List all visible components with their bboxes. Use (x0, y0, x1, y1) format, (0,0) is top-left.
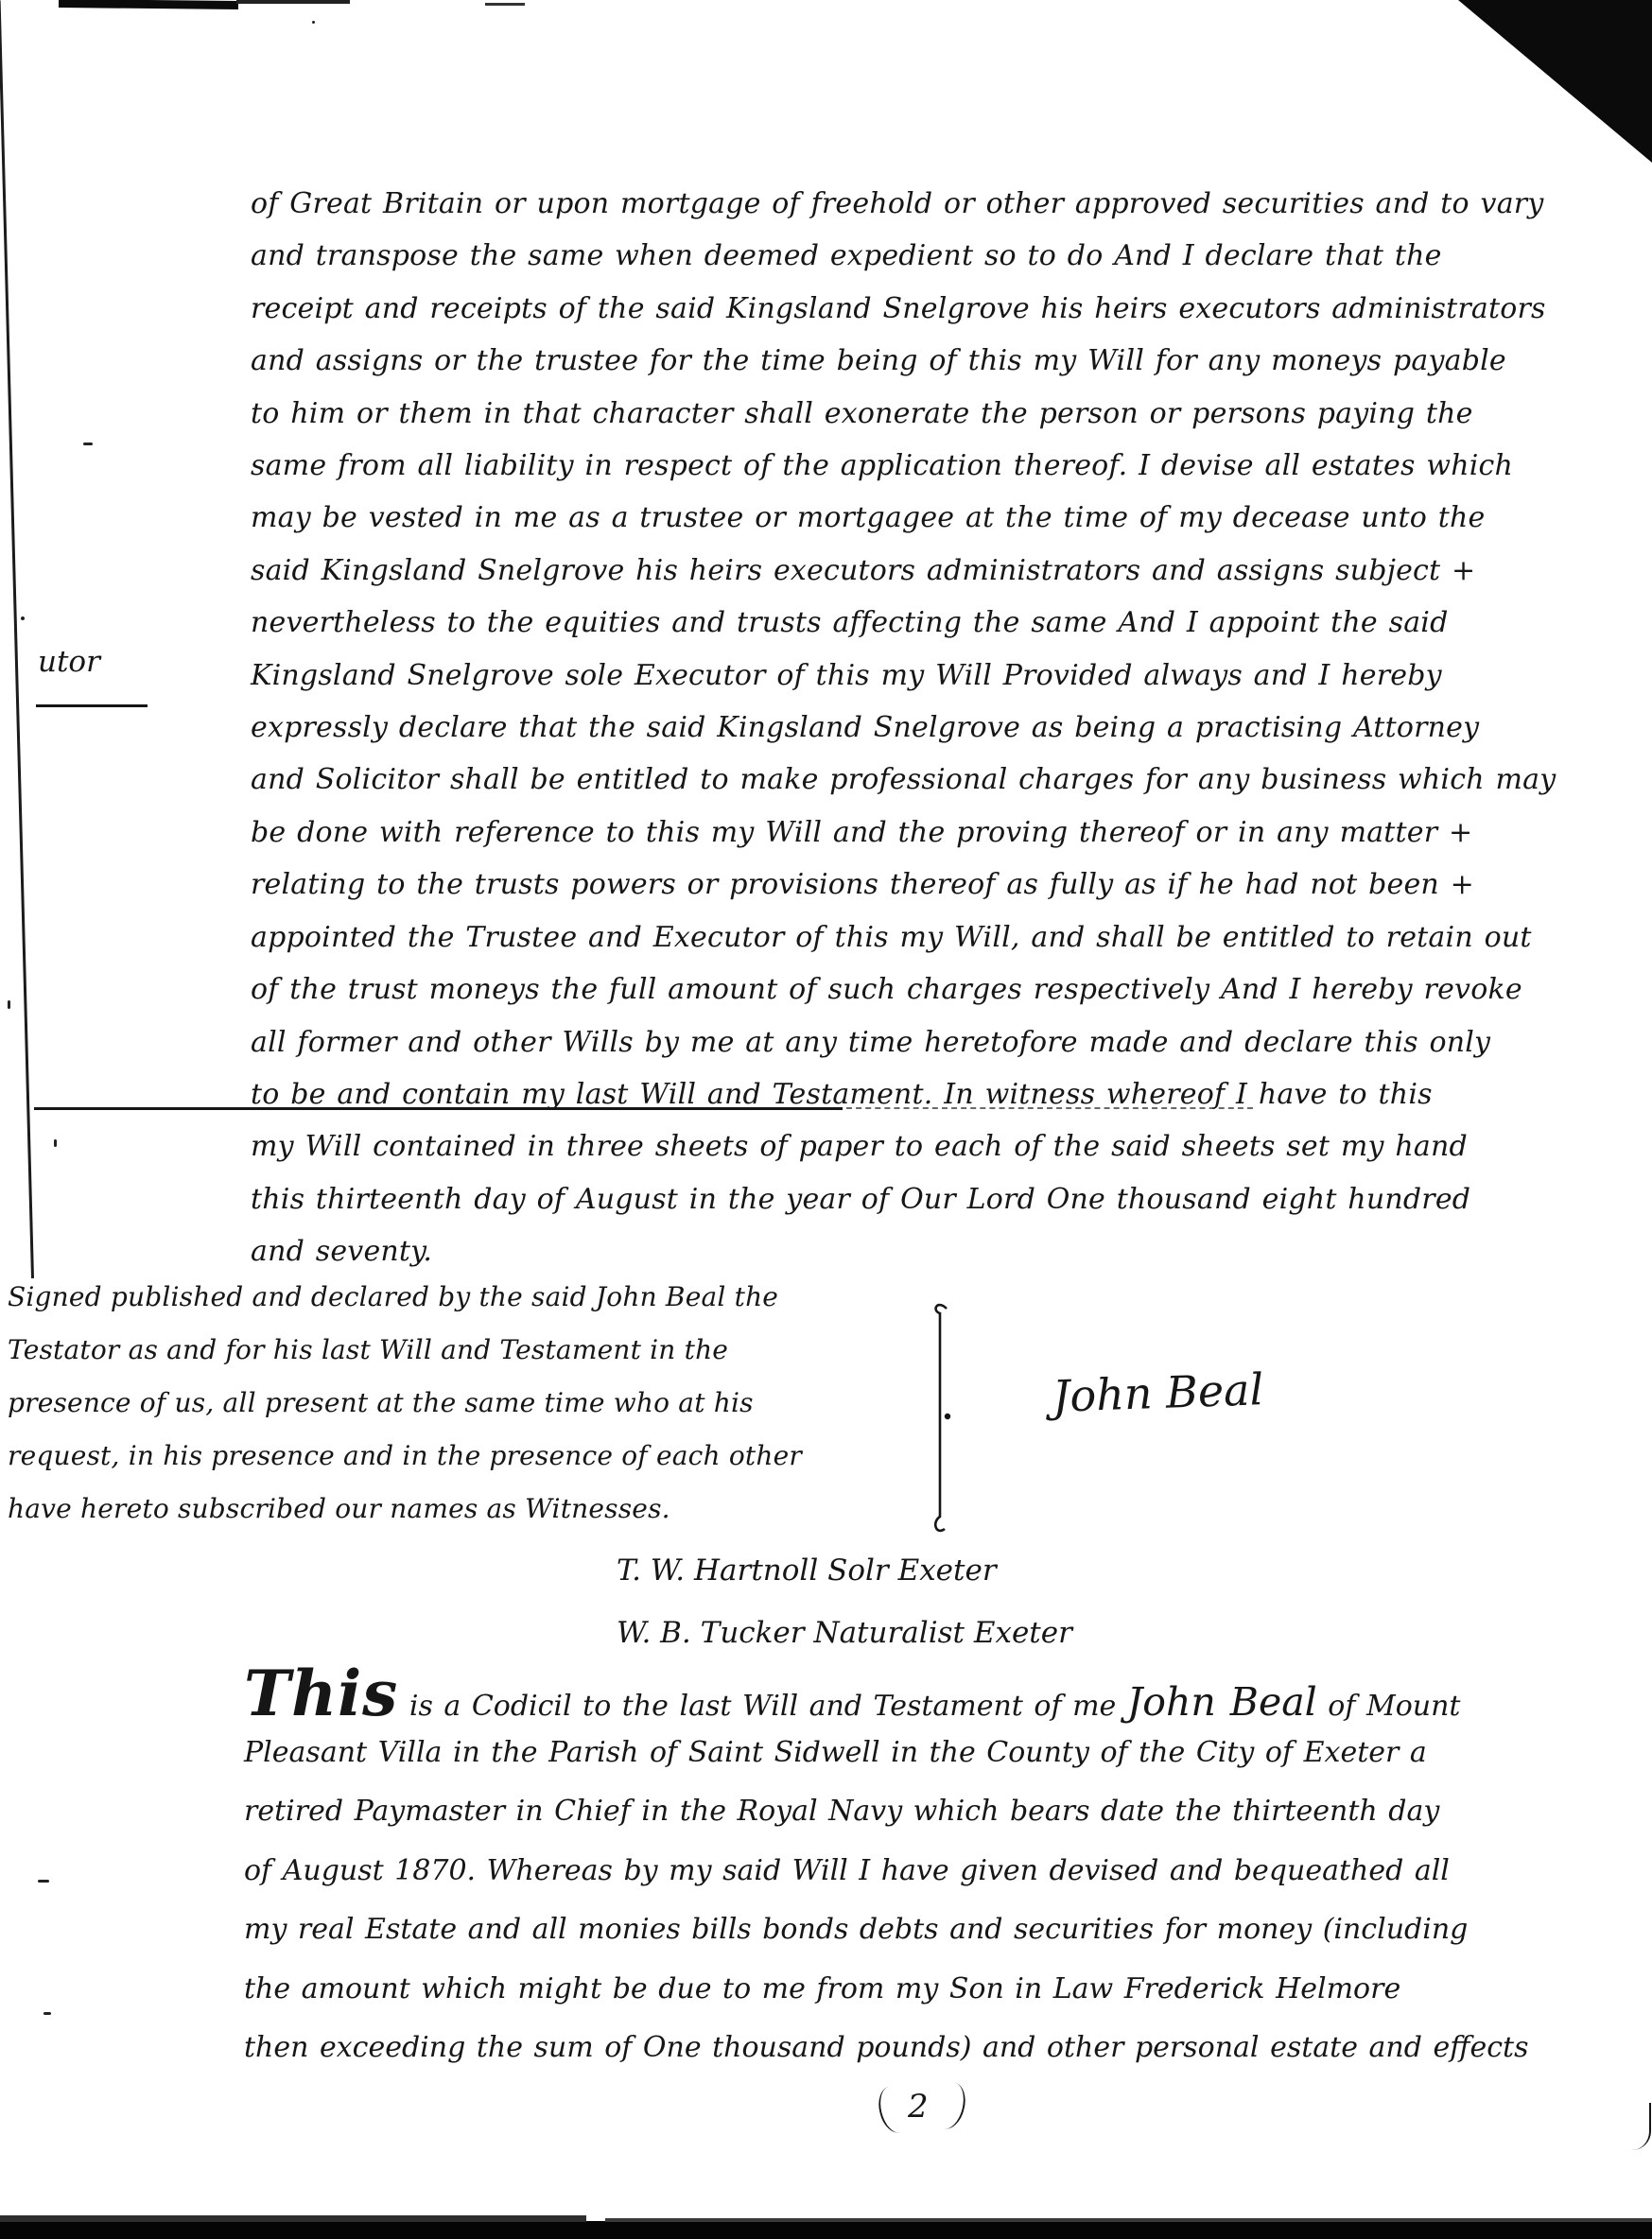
text-line: and transpose the same when deemed exped… (251, 230, 1518, 282)
text-segment: This (244, 1657, 398, 1730)
text-line: of the trust moneys the full amount of s… (251, 963, 1518, 1015)
text-line: said Kingsland Snelgrove his heirs execu… (251, 545, 1518, 597)
text-line: same from all liability in respect of th… (251, 440, 1518, 492)
scan-top-smudge (59, 0, 238, 9)
witness-signatures: T. W. Hartnoll Solr ExeterW. B. Tucker N… (617, 1539, 1072, 1664)
text-line: have hereto subscribed our names as Witn… (8, 1483, 939, 1536)
text-line: all former and other Wills by me at any … (251, 1016, 1518, 1068)
scan-bottom-black-bar (0, 2221, 1652, 2239)
text-line: be done with reference to this my Will a… (251, 807, 1518, 859)
text-segment: is a Codicil to the last Will and Testam… (398, 1690, 1127, 1723)
ink-speck (83, 443, 93, 445)
text-line: this thirteenth day of August in the yea… (251, 1173, 1518, 1225)
margin-note: utor (38, 645, 100, 679)
scan-bottom-black-bar-left (0, 2215, 586, 2222)
scan-top-smudge-2 (236, 0, 350, 4)
ink-speck (21, 616, 25, 620)
text-line: the amount which might be due to me from… (244, 1960, 1568, 2020)
attestation-bracket (929, 1301, 953, 1537)
text-line: Testator as and for his last Will and Te… (8, 1324, 939, 1377)
text-line: request, in his presence and in the pres… (8, 1430, 939, 1483)
ink-speck (43, 2012, 51, 2015)
text-line: nevertheless to the equities and trusts … (251, 597, 1518, 649)
margin-note-underline (36, 704, 148, 707)
text-line: Kingsland Snelgrove sole Executor of thi… (251, 650, 1518, 702)
scan-corner-fold-artifact (1458, 0, 1652, 163)
text-segment: of Mount (1317, 1690, 1461, 1723)
text-line: of August 1870. Whereas by my said Will … (244, 1842, 1568, 1901)
scanned-will-page: utor of Great Britain or upon mortgage o… (0, 0, 1652, 2239)
scan-top-dash (485, 3, 525, 6)
text-line: and assigns or the trustee for the time … (251, 335, 1518, 387)
text-line: of Great Britain or upon mortgage of fre… (251, 178, 1518, 230)
will-text-paragraph: of Great Britain or upon mortgage of fre… (251, 178, 1518, 1278)
testator-signature: John Beal (1052, 1363, 1264, 1422)
text-line: to him or them in that character shall e… (251, 388, 1518, 440)
left-margin-rule (0, 0, 34, 1278)
ink-speck (54, 1139, 57, 1147)
text-line: to be and contain my last Will and Testa… (251, 1068, 1518, 1120)
text-line: presence of us, all present at the same … (8, 1377, 939, 1430)
page-number: 2 (908, 2088, 929, 2126)
text-line: T. W. Hartnoll Solr Exeter (617, 1539, 1072, 1602)
text-line: expressly declare that the said Kingslan… (251, 702, 1518, 754)
text-line: relating to the trusts powers or provisi… (251, 859, 1518, 911)
text-line: W. B. Tucker Naturalist Exeter (617, 1602, 1072, 1664)
text-segment: John Beal (1127, 1679, 1317, 1725)
ink-speck (38, 1880, 49, 1883)
text-line: Signed published and declared by the sai… (8, 1271, 939, 1324)
text-line: receipt and receipts of the said Kingsla… (251, 283, 1518, 335)
scan-bottom-black-bar-right (605, 2218, 1652, 2222)
attestation-clause: Signed published and declared by the sai… (8, 1271, 939, 1536)
text-line: then exceeding the sum of One thousand p… (244, 2019, 1568, 2078)
page-number-right-paren (929, 2079, 969, 2132)
text-line: This is a Codicil to the last Will and T… (244, 1664, 1568, 1724)
ink-speck (312, 21, 315, 24)
text-line: may be vested in me as a trustee or mort… (251, 492, 1518, 544)
page-number-group: 2 (879, 2080, 974, 2139)
text-line: appointed the Trustee and Executor of th… (251, 911, 1518, 963)
text-line: and Solicitor shall be entitled to make … (251, 754, 1518, 806)
text-line: Pleasant Villa in the Parish of Saint Si… (244, 1724, 1568, 1783)
codicil-paragraph: This is a Codicil to the last Will and T… (244, 1664, 1568, 2078)
scan-right-edge-mark (1630, 2103, 1651, 2150)
ink-speck (8, 1000, 10, 1009)
text-line: my Will contained in three sheets of pap… (251, 1120, 1518, 1172)
text-line: my real Estate and all monies bills bond… (244, 1901, 1568, 1960)
text-line: retired Paymaster in Chief in the Royal … (244, 1782, 1568, 1842)
